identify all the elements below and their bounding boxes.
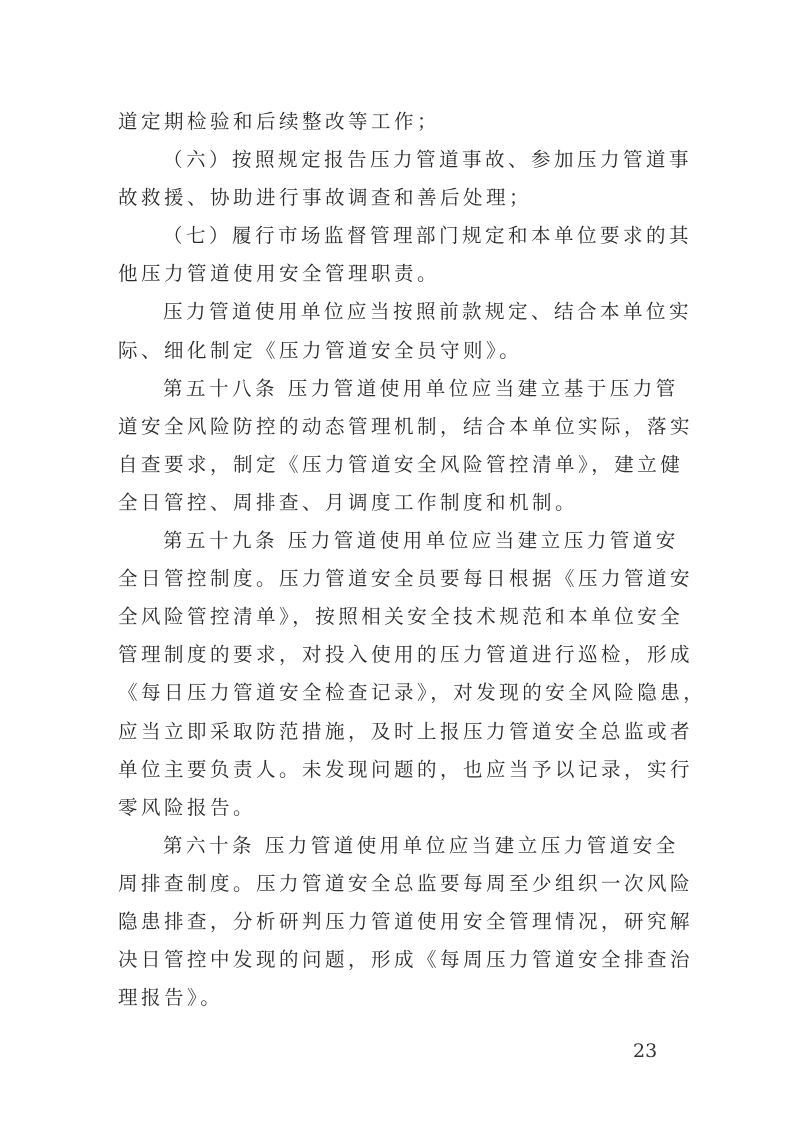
article-59-heading-line: 第五十九条 压力管道使用单位应当建立压力管道安 [118,522,678,560]
text-line: 《每日压力管道安全检查记录》，对发现的安全风险隐患， [118,674,678,712]
text-line: 零风险报告。 [118,789,678,827]
page-number: 23 [633,1040,657,1062]
text-line: 理报告》。 [118,979,678,1017]
text-line: 单位主要负责人。未发现问题的，也应当予以记录，实行 [118,751,678,789]
text-line: 道定期检验和后续整改等工作； [118,103,678,141]
text-line: （七）履行市场监督管理部门规定和本单位要求的其 [118,217,678,255]
text-line: 压力管道使用单位应当按照前款规定、结合本单位实 [118,293,678,331]
text-line: 应当立即采取防范措施，及时上报压力管道安全总监或者 [118,713,678,751]
text-line: 自查要求，制定《压力管道安全风险管控清单》，建立健 [118,446,678,484]
text-line: 故救援、协助进行事故调查和善后处理； [118,179,678,217]
text-line: 道安全风险防控的动态管理机制，结合本单位实际，落实 [118,408,678,446]
text-line: （六）按照规定报告压力管道事故、参加压力管道事 [118,141,678,179]
article-58-heading-line: 第五十八条 压力管道使用单位应当建立基于压力管 [118,370,678,408]
text-line: 全日管控、周排查、月调度工作制度和机制。 [118,484,678,522]
text-line: 周排查制度。压力管道安全总监要每周至少组织一次风险 [118,865,678,903]
text-line: 全日管控制度。压力管道安全员要每日根据《压力管道安 [118,560,678,598]
text-line: 管理制度的要求，对投入使用的压力管道进行巡检，形成 [118,636,678,674]
text-line: 隐患排查，分析研判压力管道使用安全管理情况，研究解 [118,903,678,941]
document-body: 道定期检验和后续整改等工作； （六）按照规定报告压力管道事故、参加压力管道事 故… [118,103,678,1017]
article-60-heading-line: 第六十条 压力管道使用单位应当建立压力管道安全 [118,827,678,865]
text-line: 际、细化制定《压力管道安全员守则》。 [118,332,678,370]
text-line: 决日管控中发现的问题，形成《每周压力管道安全排查治 [118,941,678,979]
text-line: 他压力管道使用安全管理职责。 [118,255,678,293]
text-line: 全风险管控清单》，按照相关安全技术规范和本单位安全 [118,598,678,636]
